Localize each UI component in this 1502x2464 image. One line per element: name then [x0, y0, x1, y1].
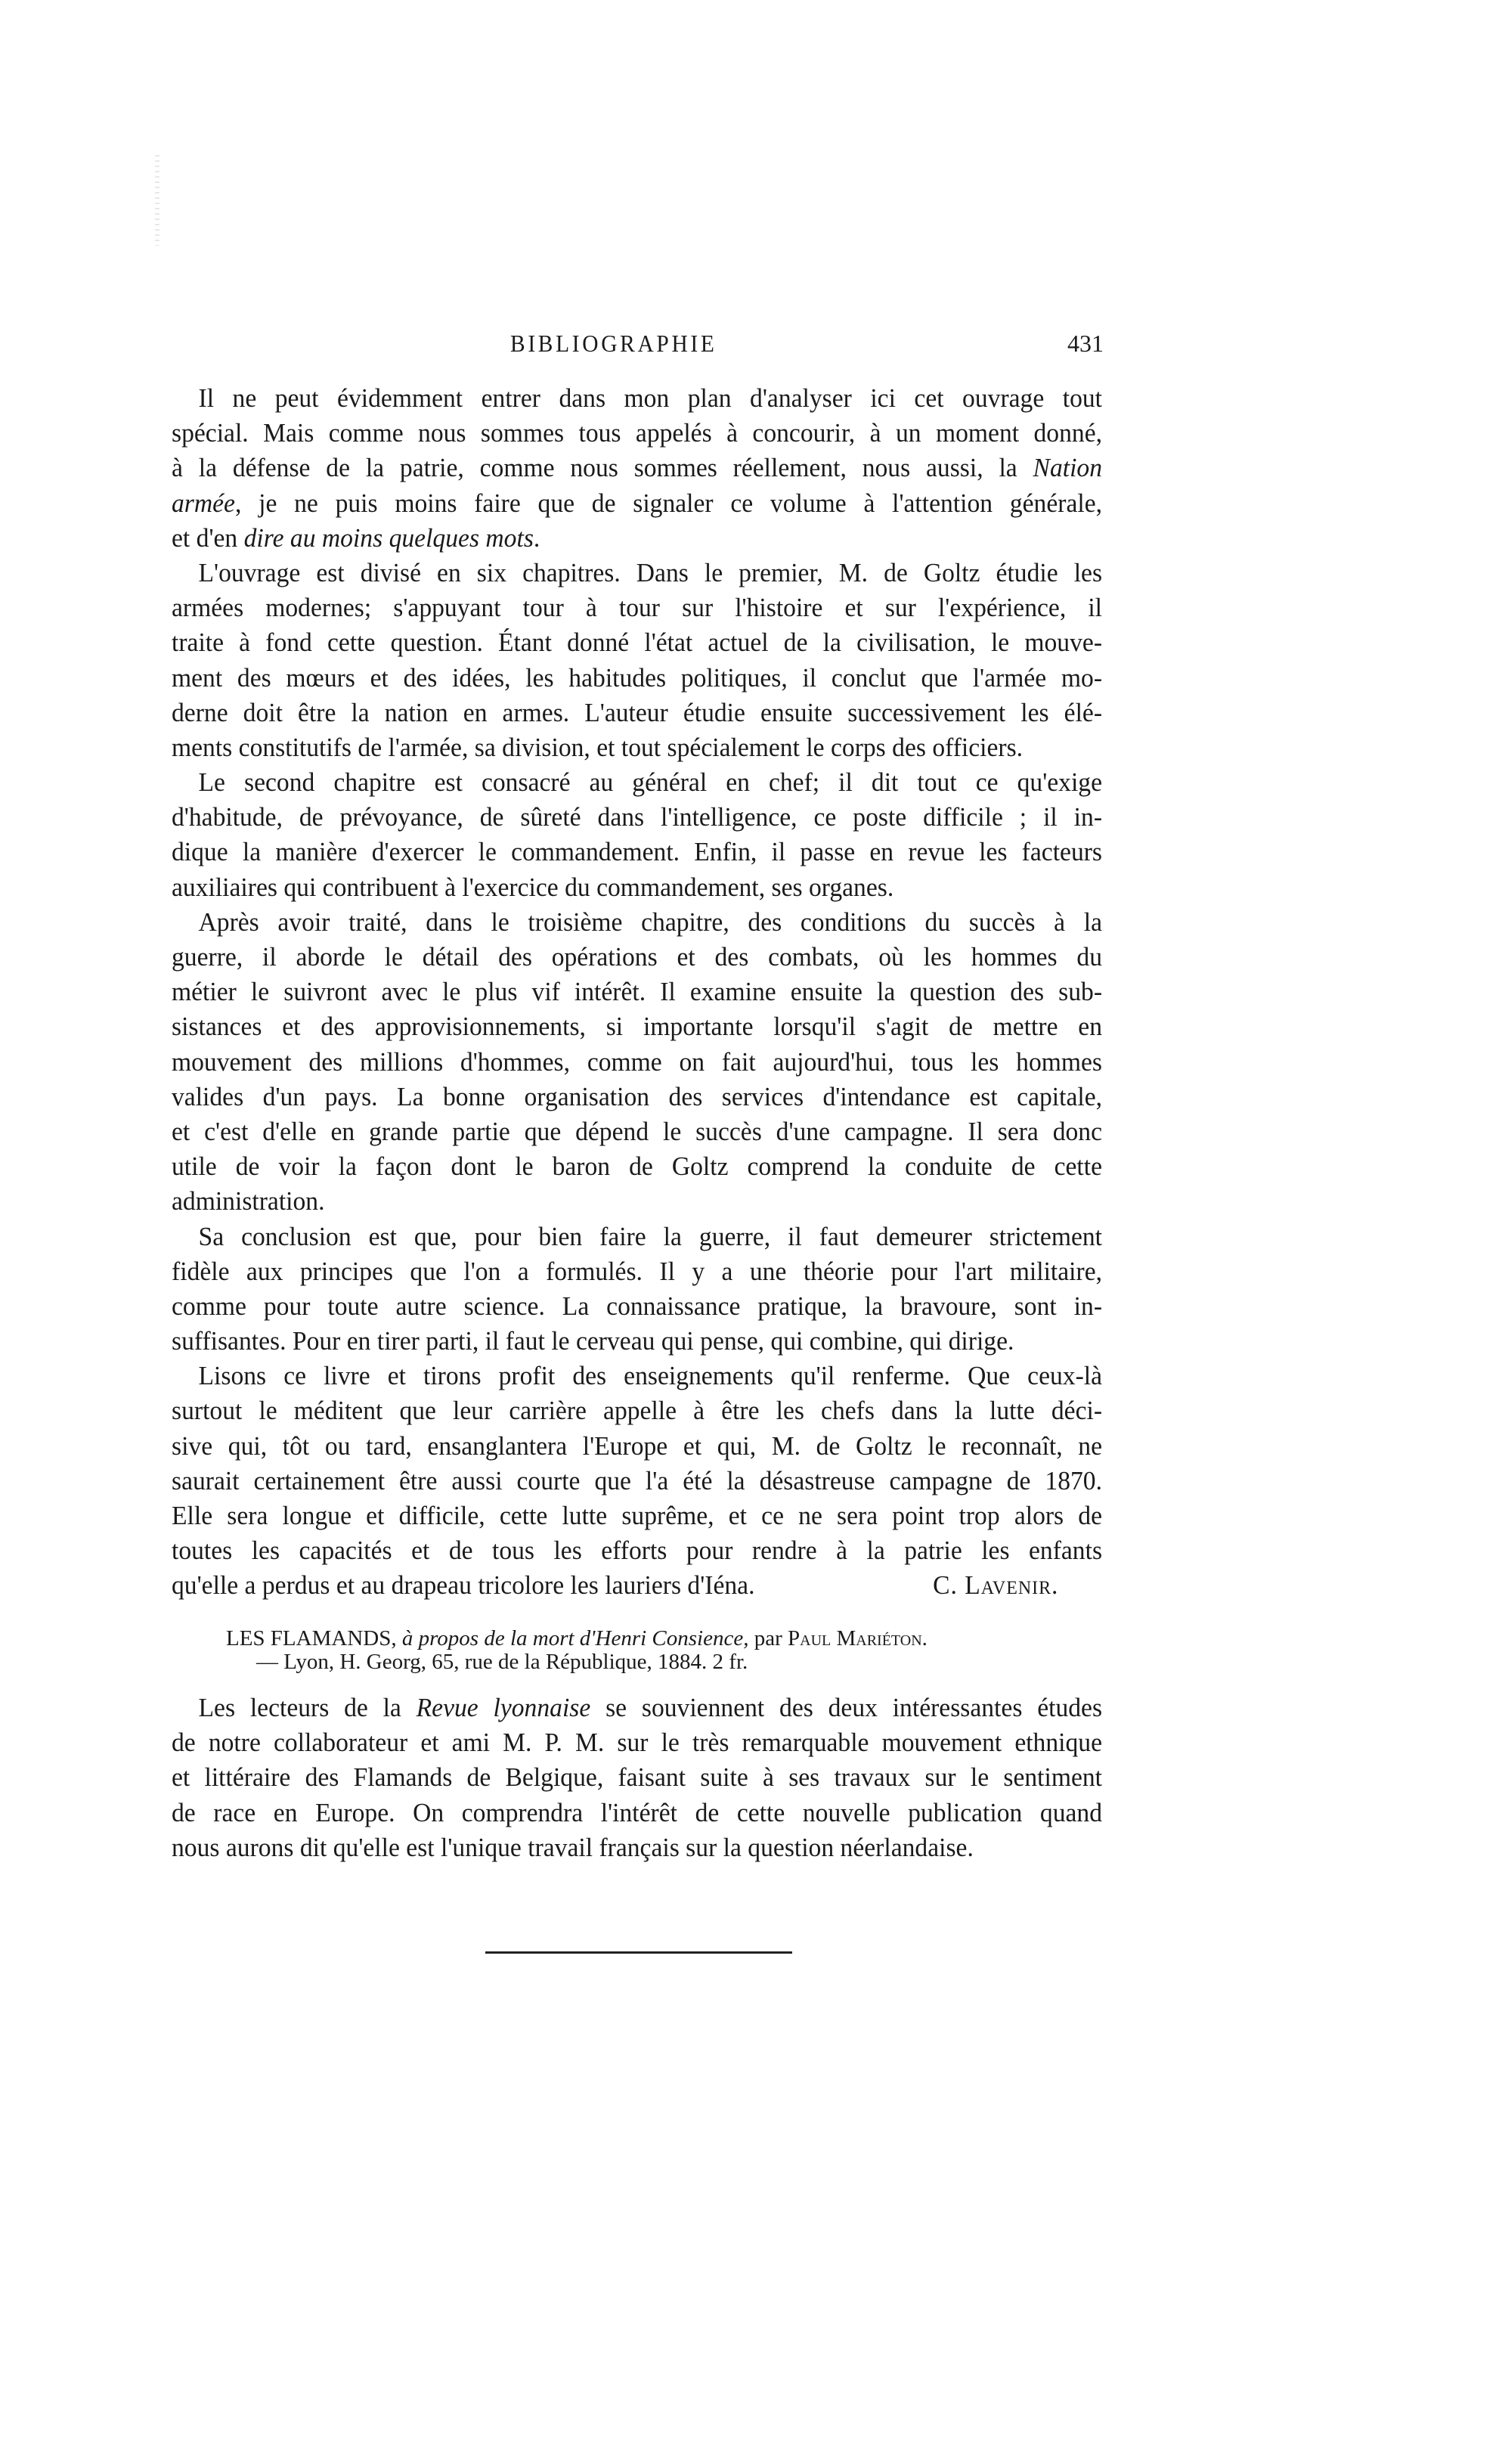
text-line: spécial. Mais comme nous sommes tous app… — [172, 416, 1102, 451]
text-line: ments constitutifs de l'armée, sa divisi… — [172, 730, 1102, 765]
text-line: toutes les capacités et de tous les effo… — [172, 1533, 1102, 1568]
text-line: derne doit être la nation en armes. L'au… — [172, 696, 1102, 730]
page-number: 431 — [1067, 330, 1104, 358]
text-line: mouvement des millions d'hommes, comme o… — [172, 1045, 1102, 1080]
review-signature: C. Lavenir. — [933, 1568, 1058, 1603]
text-line: administration. — [172, 1184, 1102, 1219]
text-line: saurait certainement être aussi courte q… — [172, 1464, 1102, 1499]
text-line: utile de voir la façon dont le baron de … — [172, 1149, 1102, 1184]
text-line: fidèle aux principes que l'on a formulés… — [172, 1254, 1102, 1289]
italic-text: armée — [172, 488, 235, 518]
text-line: sistances et des approvisionnements, si … — [172, 1009, 1102, 1044]
text-line: auxiliaires qui contribuent à l'exercice… — [172, 870, 1102, 905]
text-line: surtout le méditent que leur carrière ap… — [172, 1393, 1102, 1428]
text-line: et littéraire des Flamands de Belgique, … — [172, 1760, 1102, 1795]
text-line: Les lecteurs de la Revue lyonnaise se so… — [172, 1691, 1102, 1725]
text-line: à la défense de la patrie, comme nous so… — [172, 451, 1102, 485]
text-line: armée, je ne puis moins faire que de sig… — [172, 486, 1102, 521]
entry-heading: LES FLAMANDS, à propos de la mort d'Henr… — [226, 1627, 1103, 1650]
text-line: suffisantes. Pour en tirer parti, il fau… — [172, 1324, 1102, 1359]
italic-text: Revue lyonnaise — [417, 1693, 591, 1722]
text-line: comme pour toute autre science. La conna… — [172, 1289, 1102, 1324]
text-line: d'habitude, de prévoyance, de sûreté dan… — [172, 800, 1102, 835]
entry-author: Paul Mariéton. — [788, 1626, 928, 1650]
italic-text: Nation — [1033, 453, 1102, 482]
text-line: métier le suivront avec le plus vif inté… — [172, 975, 1102, 1009]
text-line: Sa conclusion est que, pour bien faire l… — [172, 1220, 1102, 1254]
scan-artifact — [155, 155, 159, 246]
text-line: de notre collaborateur et ami M. P. M. s… — [172, 1725, 1102, 1760]
entry-imprint: — Lyon, H. Georg, 65, rue de la Républiq… — [226, 1650, 1103, 1674]
entry-by: par — [754, 1626, 782, 1650]
review-flamands: Les lecteurs de la Revue lyonnaise se so… — [172, 1691, 1104, 1865]
italic-text: dire au moins quelques mots — [244, 523, 534, 553]
text-line: Lisons ce livre et tirons profit des ens… — [172, 1359, 1102, 1393]
text-line: Il ne peut évidemment entrer dans mon pl… — [172, 381, 1102, 416]
text-line: Après avoir traité, dans le troisième ch… — [172, 905, 1102, 940]
running-head: BIBLIOGRAPHIE 431 — [172, 330, 1104, 366]
text-line: guerre, il aborde le détail des opératio… — [172, 940, 1102, 975]
text-line: sive qui, tôt ou tard, ensanglantera l'E… — [172, 1429, 1102, 1464]
text-line: Elle sera longue et difficile, cette lut… — [172, 1499, 1102, 1533]
text-line: de race en Europe. On comprendra l'intér… — [172, 1796, 1102, 1830]
text-line: Le second chapitre est consacré au génér… — [172, 765, 1102, 800]
section-end-rule — [485, 1951, 792, 1954]
text-line: valides d'un pays. La bonne organisation… — [172, 1080, 1102, 1114]
text-line: et d'en dire au moins quelques mots. — [172, 521, 1102, 556]
bibliography-entry-flamands: LES FLAMANDS, à propos de la mort d'Henr… — [226, 1627, 1103, 1674]
text-line: et c'est d'elle en grande partie que dép… — [172, 1114, 1102, 1149]
text-line: ment des mœurs et des idées, les habitud… — [172, 661, 1102, 696]
text-line: armées modernes; s'appuyant tour à tour … — [172, 590, 1102, 625]
entry-subtitle: à propos de la mort d'Henri Consience, — [402, 1626, 749, 1650]
text-line: L'ouvrage est divisé en six chapitres. D… — [172, 556, 1102, 590]
text-line: qu'elle a perdus et au drapeau tricolore… — [172, 1568, 1102, 1603]
text-line: traite à fond cette question. Étant donn… — [172, 625, 1102, 660]
entry-title: LES FLAMANDS, — [226, 1626, 397, 1650]
section-title: BIBLIOGRAPHIE — [510, 330, 717, 358]
review-lavenir: Il ne peut évidemment entrer dans mon pl… — [172, 381, 1104, 1604]
text-line: dique la manière d'exercer le commandeme… — [172, 835, 1102, 869]
text-line: nous aurons dit qu'elle est l'unique tra… — [172, 1830, 1102, 1865]
